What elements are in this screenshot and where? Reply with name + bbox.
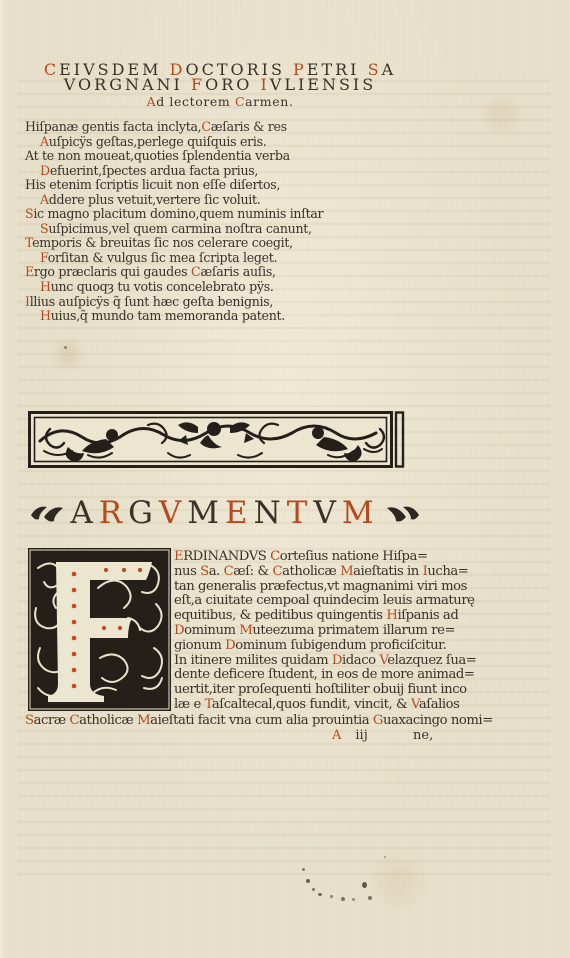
- text-line: ERDINANDVS Corteſius natione Hiſpa=: [174, 550, 434, 565]
- text-line: Hiſpanæ gentis facta inclyta,Cæſaris & r…: [25, 120, 375, 135]
- text-line: læ e Taſcaltecal,quos fundit, vincit, & …: [174, 698, 434, 713]
- argumentum-title-text: ARGVMENTVM: [70, 492, 379, 534]
- catchword: ne,: [413, 728, 433, 743]
- poem-carmen: Hiſpanæ gentis facta inclyta,Cæſaris & r…: [25, 120, 375, 324]
- text-line: Forſitan & vulgus ſic mea ſcripta leget.: [25, 251, 375, 266]
- argumentum-text: ERDINANDVS Corteſius natione Hiſpa=nus S…: [174, 550, 434, 713]
- argumentum-heading: ARGVMENTVM: [18, 490, 432, 536]
- text-line: gionum Dominum ſubigendum proficiſcitur.: [174, 639, 434, 654]
- text-line: equitibus, & peditibus quingentis Hiſpan…: [174, 609, 434, 624]
- fleuron-leaf-icon: [30, 503, 64, 523]
- text-line: In itinere milites quidam Didaco Velazqu…: [174, 654, 434, 669]
- text-line: At te non moueat,quoties ſplendentia ver…: [25, 149, 375, 164]
- page-scan: CEIVSDEM DOCTORIS PETRI SAVORGNANI FORO …: [0, 0, 570, 958]
- argumentum-full-line: Sacræ Catholicæ Maieſtati facit vna cum …: [25, 713, 437, 728]
- text-line: nus Sa. Cæſ: & Catholicæ Maieſtatis in I…: [174, 565, 434, 580]
- text-line: Suſpicimus,vel quem carmina noſtra canun…: [25, 222, 375, 237]
- woodcut-frieze: [28, 411, 406, 468]
- text-line: dente deficere ſtudent, in eos de more a…: [174, 668, 434, 683]
- text-line: Hunc quoqȝ tu votis concelebrato pÿs.: [25, 280, 375, 295]
- signature-mark: Aiij: [332, 728, 368, 743]
- text-line: Addere plus vetuit,vertere ſic voluit.: [25, 193, 375, 208]
- text-line: Defuerint,ſpectes ardua facta prius,: [25, 164, 375, 179]
- fleuron-leaf-icon: [386, 503, 420, 523]
- text-line: Huius,q̃ mundo tam memoranda patent.: [25, 309, 375, 324]
- text-line: VORGNANI FORO IVLIENSIS: [10, 77, 430, 92]
- foliate-initial-F-icon: [28, 548, 171, 711]
- text-line: uertit,iter proſequenti hoſtiliter obuij…: [174, 683, 434, 698]
- heading-carmen: CEIVSDEM DOCTORIS PETRI SAVORGNANI FORO …: [10, 62, 430, 109]
- text-line: Illius auſpicÿs q̃ ſunt hæc geſta benign…: [25, 295, 375, 310]
- putti-and-foliage-icon: [28, 411, 406, 468]
- text-line: Sic magno placitum domino,quem numinis i…: [25, 207, 375, 222]
- text-line: Ad lectorem Carmen.: [10, 94, 430, 109]
- text-line: His etenim ſcriptis licuit non eſſe diſe…: [25, 178, 375, 193]
- text-line: eſt,a ciuitate cempoal quindecim leuis a…: [174, 594, 434, 609]
- text-line: Ergo præclaris qui gaudes Cæſaris auſis,: [25, 265, 375, 280]
- text-line: Temporis & breuitas ſic nos celerare coe…: [25, 236, 375, 251]
- text-line: Dominum Muteezuma primatem illarum re=: [174, 624, 434, 639]
- text-line: tan generalis præfectus,vt magnanimi vir…: [174, 580, 434, 595]
- text-line: Auſpicÿs geſtas,perlege quiſquis eris.: [25, 135, 375, 150]
- decorated-initial-F: [28, 548, 171, 711]
